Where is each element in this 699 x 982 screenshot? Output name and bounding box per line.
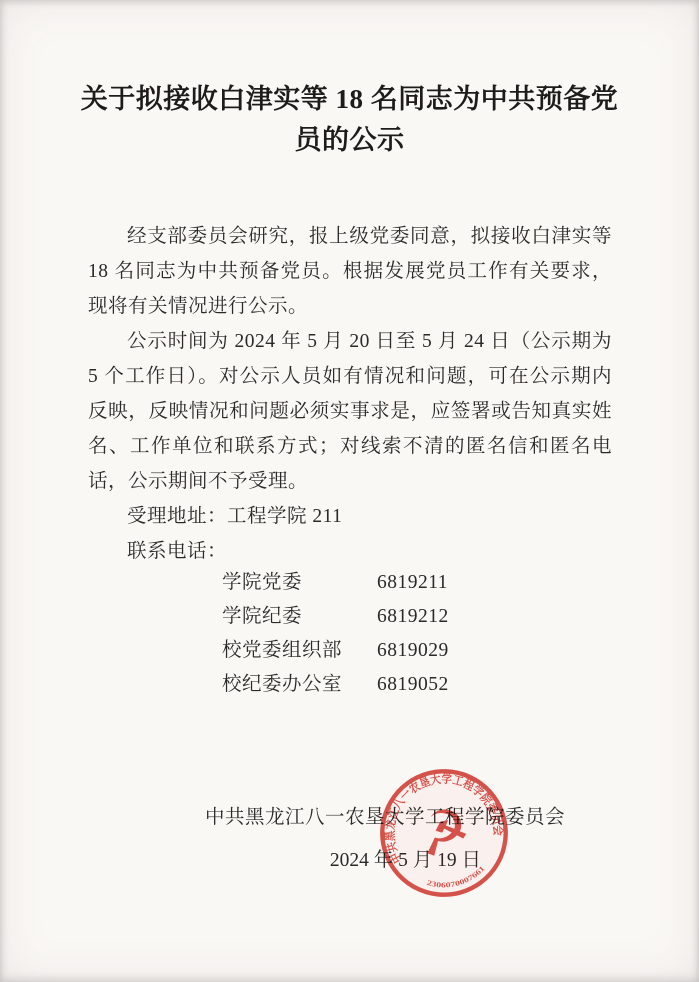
paragraph-intro: 经支部委员会研究，报上级党委同意，拟接收白津实等 18 名同志为中共预备党员。根…	[88, 219, 612, 324]
paragraph-address: 受理地址：工程学院 211	[88, 499, 612, 534]
contact-row: 学院党委 6819211	[222, 566, 449, 600]
document-body: 经支部委员会研究，报上级党委同意，拟接收白津实等 18 名同志为中共预备党员。根…	[88, 219, 612, 569]
contact-row: 学院纪委 6819212	[222, 600, 449, 634]
signature-committee-name: 中共黑龙江八一农垦大学工程学院委员会	[71, 803, 699, 833]
contact-label: 学院党委	[222, 566, 377, 600]
contact-number: 6819211	[377, 566, 448, 600]
seal-outer-ring	[376, 765, 512, 901]
document-title: 关于拟接收白津实等 18 名同志为中共预备党 员的公示	[50, 79, 649, 161]
document-title-line1: 关于拟接收白津实等 18 名同志为中共预备党	[50, 79, 649, 120]
contact-list: 学院党委 6819211 学院纪委 6819212 校党委组织部 6819029…	[222, 566, 449, 702]
contact-number: 6819212	[377, 600, 449, 634]
contact-row: 校纪委办公室 6819052	[222, 668, 449, 702]
contact-number: 6819029	[377, 634, 449, 668]
official-seal: 中共黑龙江八一农垦大学工程学院委员会 ☭ 2306070007661	[376, 765, 512, 901]
document-title-line2: 员的公示	[50, 120, 649, 161]
scanned-document-page: 关于拟接收白津实等 18 名同志为中共预备党 员的公示 经支部委员会研究，报上级…	[0, 0, 699, 982]
paragraph-notice-period: 公示时间为 2024 年 5 月 20 日至 5 月 24 日（公示期为 5 个…	[88, 324, 612, 499]
paragraph-phone-heading: 联系电话：	[88, 534, 612, 569]
contact-label: 校党委组织部	[222, 634, 377, 668]
contact-label: 学院纪委	[222, 600, 377, 634]
contact-label: 校纪委办公室	[222, 668, 377, 702]
contact-number: 6819052	[377, 668, 449, 702]
contact-row: 校党委组织部 6819029	[222, 634, 449, 668]
signature-date: 2024 年 5 月 19 日	[112, 846, 699, 876]
